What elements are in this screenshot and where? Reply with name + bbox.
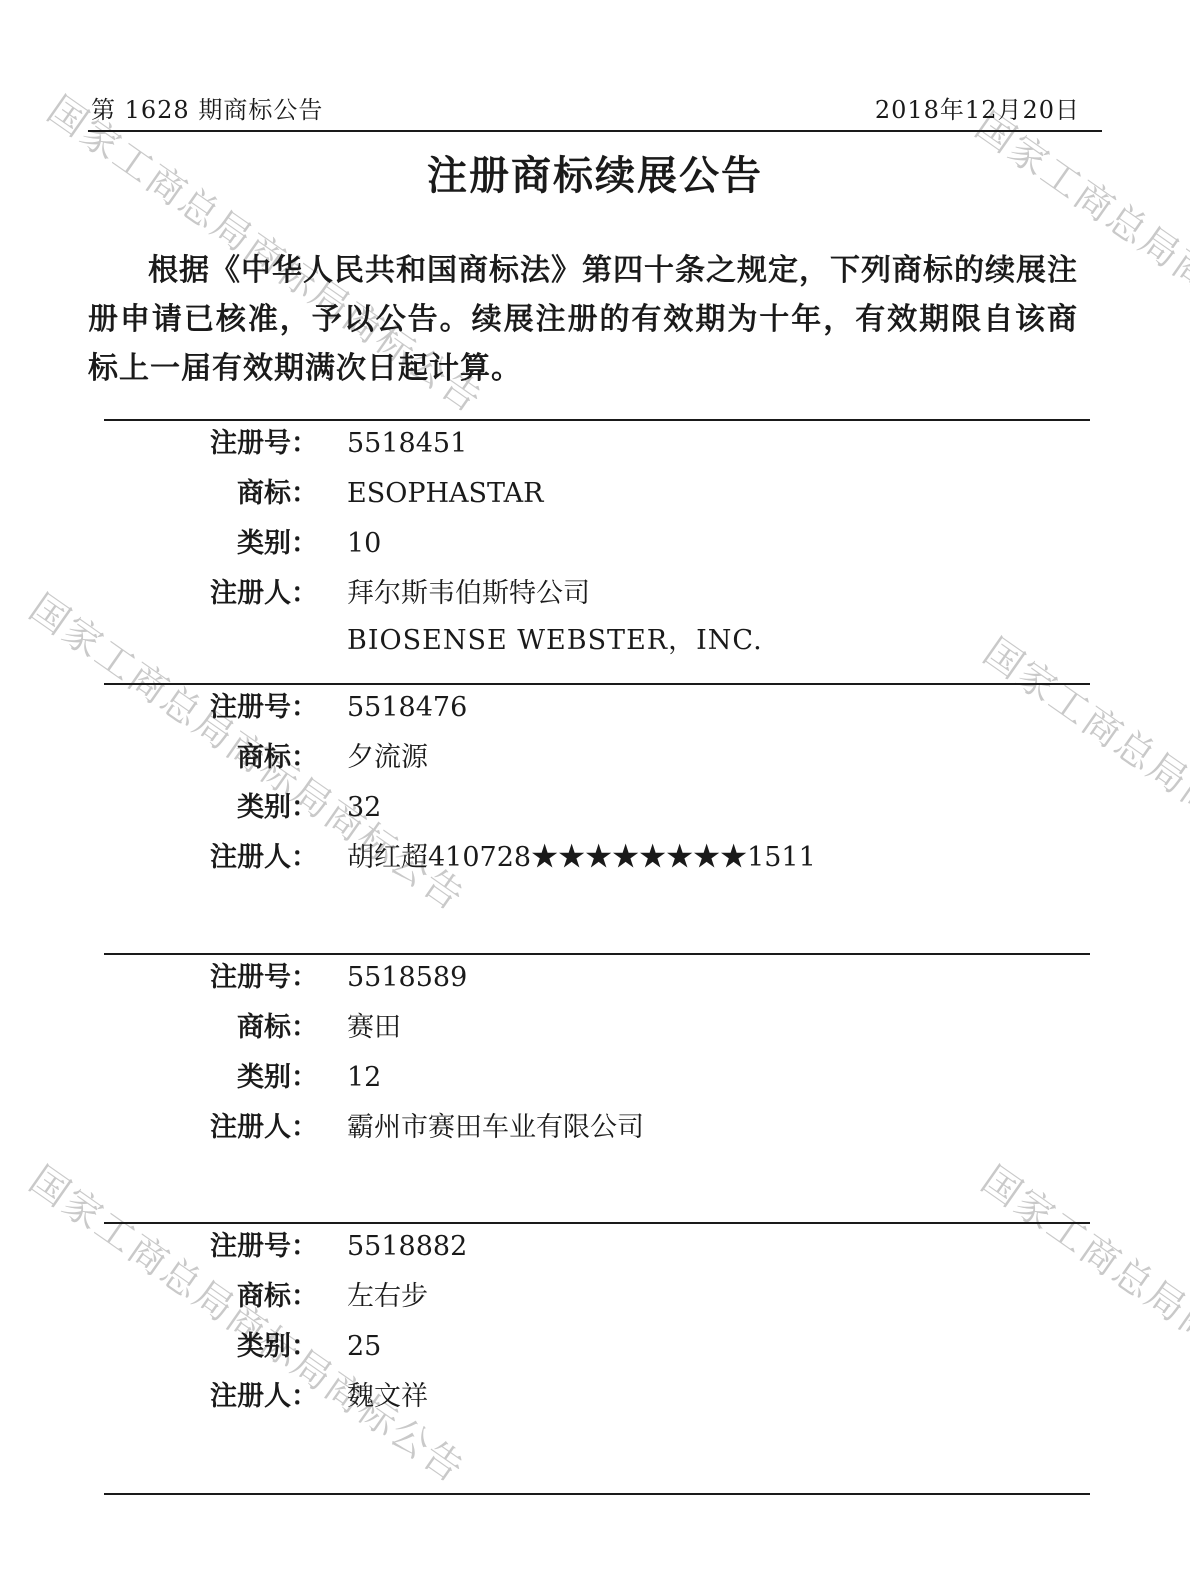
record-block: 注册号： 5518882 商标： 左右步 类别： 25 注册人： 魏文祥 [104, 1222, 1090, 1422]
record-row-regno: 注册号： 5518451 [104, 419, 1090, 469]
page-title: 注册商标续展公告 [88, 144, 1102, 201]
trademark-value: 左右步 [347, 1272, 1090, 1322]
regno-label: 注册号： [104, 953, 318, 1003]
record-row-trademark: 商标： ESOPHASTAR [104, 469, 1090, 519]
record-row-registrant: 注册人： 拜尔斯韦伯斯特公司 [104, 569, 1090, 619]
category-value: 32 [347, 783, 1090, 833]
record-block: 注册号： 5518589 商标： 赛田 类别： 12 注册人： 霸州市赛田车业有… [104, 953, 1090, 1153]
regno-value: 5518451 [347, 419, 1090, 469]
registrant-en-value: BIOSENSE WEBSTER，INC. [347, 619, 1090, 662]
record-row-registrant: 注册人： 胡红超410728★★★★★★★★1511 [104, 833, 1090, 883]
record-row-regno: 注册号： 5518589 [104, 953, 1090, 1003]
regno-label: 注册号： [104, 683, 318, 733]
category-value: 12 [347, 1053, 1090, 1103]
regno-value: 5518476 [347, 683, 1090, 733]
category-label: 类别： [104, 519, 318, 569]
registrant-label: 注册人： [104, 569, 318, 619]
record-row-registrant-en: BIOSENSE WEBSTER，INC. [104, 619, 1090, 662]
gazette-issue-label: 第 1628 期商标公告 [91, 90, 323, 125]
record-row-category: 类别： 32 [104, 783, 1090, 833]
trademark-value: ESOPHASTAR [347, 469, 1090, 519]
category-value: 25 [347, 1322, 1090, 1372]
regno-value: 5518882 [347, 1222, 1090, 1272]
trademark-label: 商标： [104, 1003, 318, 1053]
category-label: 类别： [104, 1053, 318, 1103]
record-block: 注册号： 5518451 商标： ESOPHASTAR 类别： 10 注册人： … [104, 419, 1090, 662]
record-row-trademark: 商标： 左右步 [104, 1272, 1090, 1322]
document-page: 国家工商总局商标局商标公告 国家工商总局商标局商标公告 国家工商总局商标局商标公… [0, 0, 1190, 1596]
registrant-value: 胡红超410728★★★★★★★★1511 [347, 833, 1090, 883]
registrant-value: 拜尔斯韦伯斯特公司 [347, 569, 1090, 619]
record-row-category: 类别： 12 [104, 1053, 1090, 1103]
record-row-trademark: 商标： 夕流源 [104, 733, 1090, 783]
registrant-value: 霸州市赛田车业有限公司 [347, 1103, 1090, 1153]
trademark-label: 商标： [104, 469, 318, 519]
gazette-date-label: 2018年12月20日 [875, 90, 1080, 125]
header-rule [88, 130, 1102, 132]
category-label: 类别： [104, 1322, 318, 1372]
record-row-registrant: 注册人： 霸州市赛田车业有限公司 [104, 1103, 1090, 1153]
record-block: 注册号： 5518476 商标： 夕流源 类别： 32 注册人： 胡红超4107… [104, 683, 1090, 883]
registrant-en-spacer [104, 619, 318, 662]
record-row-trademark: 商标： 赛田 [104, 1003, 1090, 1053]
trademark-label: 商标： [104, 1272, 318, 1322]
regno-value: 5518589 [347, 953, 1090, 1003]
category-label: 类别： [104, 783, 318, 833]
record-row-category: 类别： 25 [104, 1322, 1090, 1372]
record-row-regno: 注册号： 5518882 [104, 1222, 1090, 1272]
regno-label: 注册号： [104, 419, 318, 469]
trademark-value: 夕流源 [347, 733, 1090, 783]
registrant-label: 注册人： [104, 1103, 318, 1153]
registrant-label: 注册人： [104, 1372, 318, 1422]
record-row-category: 类别： 10 [104, 519, 1090, 569]
registrant-label: 注册人： [104, 833, 318, 883]
intro-paragraph: 根据《中华人民共和国商标法》第四十条之规定，下列商标的续展注册申请已核准，予以公… [88, 246, 1078, 393]
record-row-regno: 注册号： 5518476 [104, 683, 1090, 733]
regno-label: 注册号： [104, 1222, 318, 1272]
category-value: 10 [347, 519, 1090, 569]
registrant-value: 魏文祥 [347, 1372, 1090, 1422]
trademark-value: 赛田 [347, 1003, 1090, 1053]
trademark-label: 商标： [104, 733, 318, 783]
record-divider [104, 1493, 1090, 1495]
record-row-registrant: 注册人： 魏文祥 [104, 1372, 1090, 1422]
